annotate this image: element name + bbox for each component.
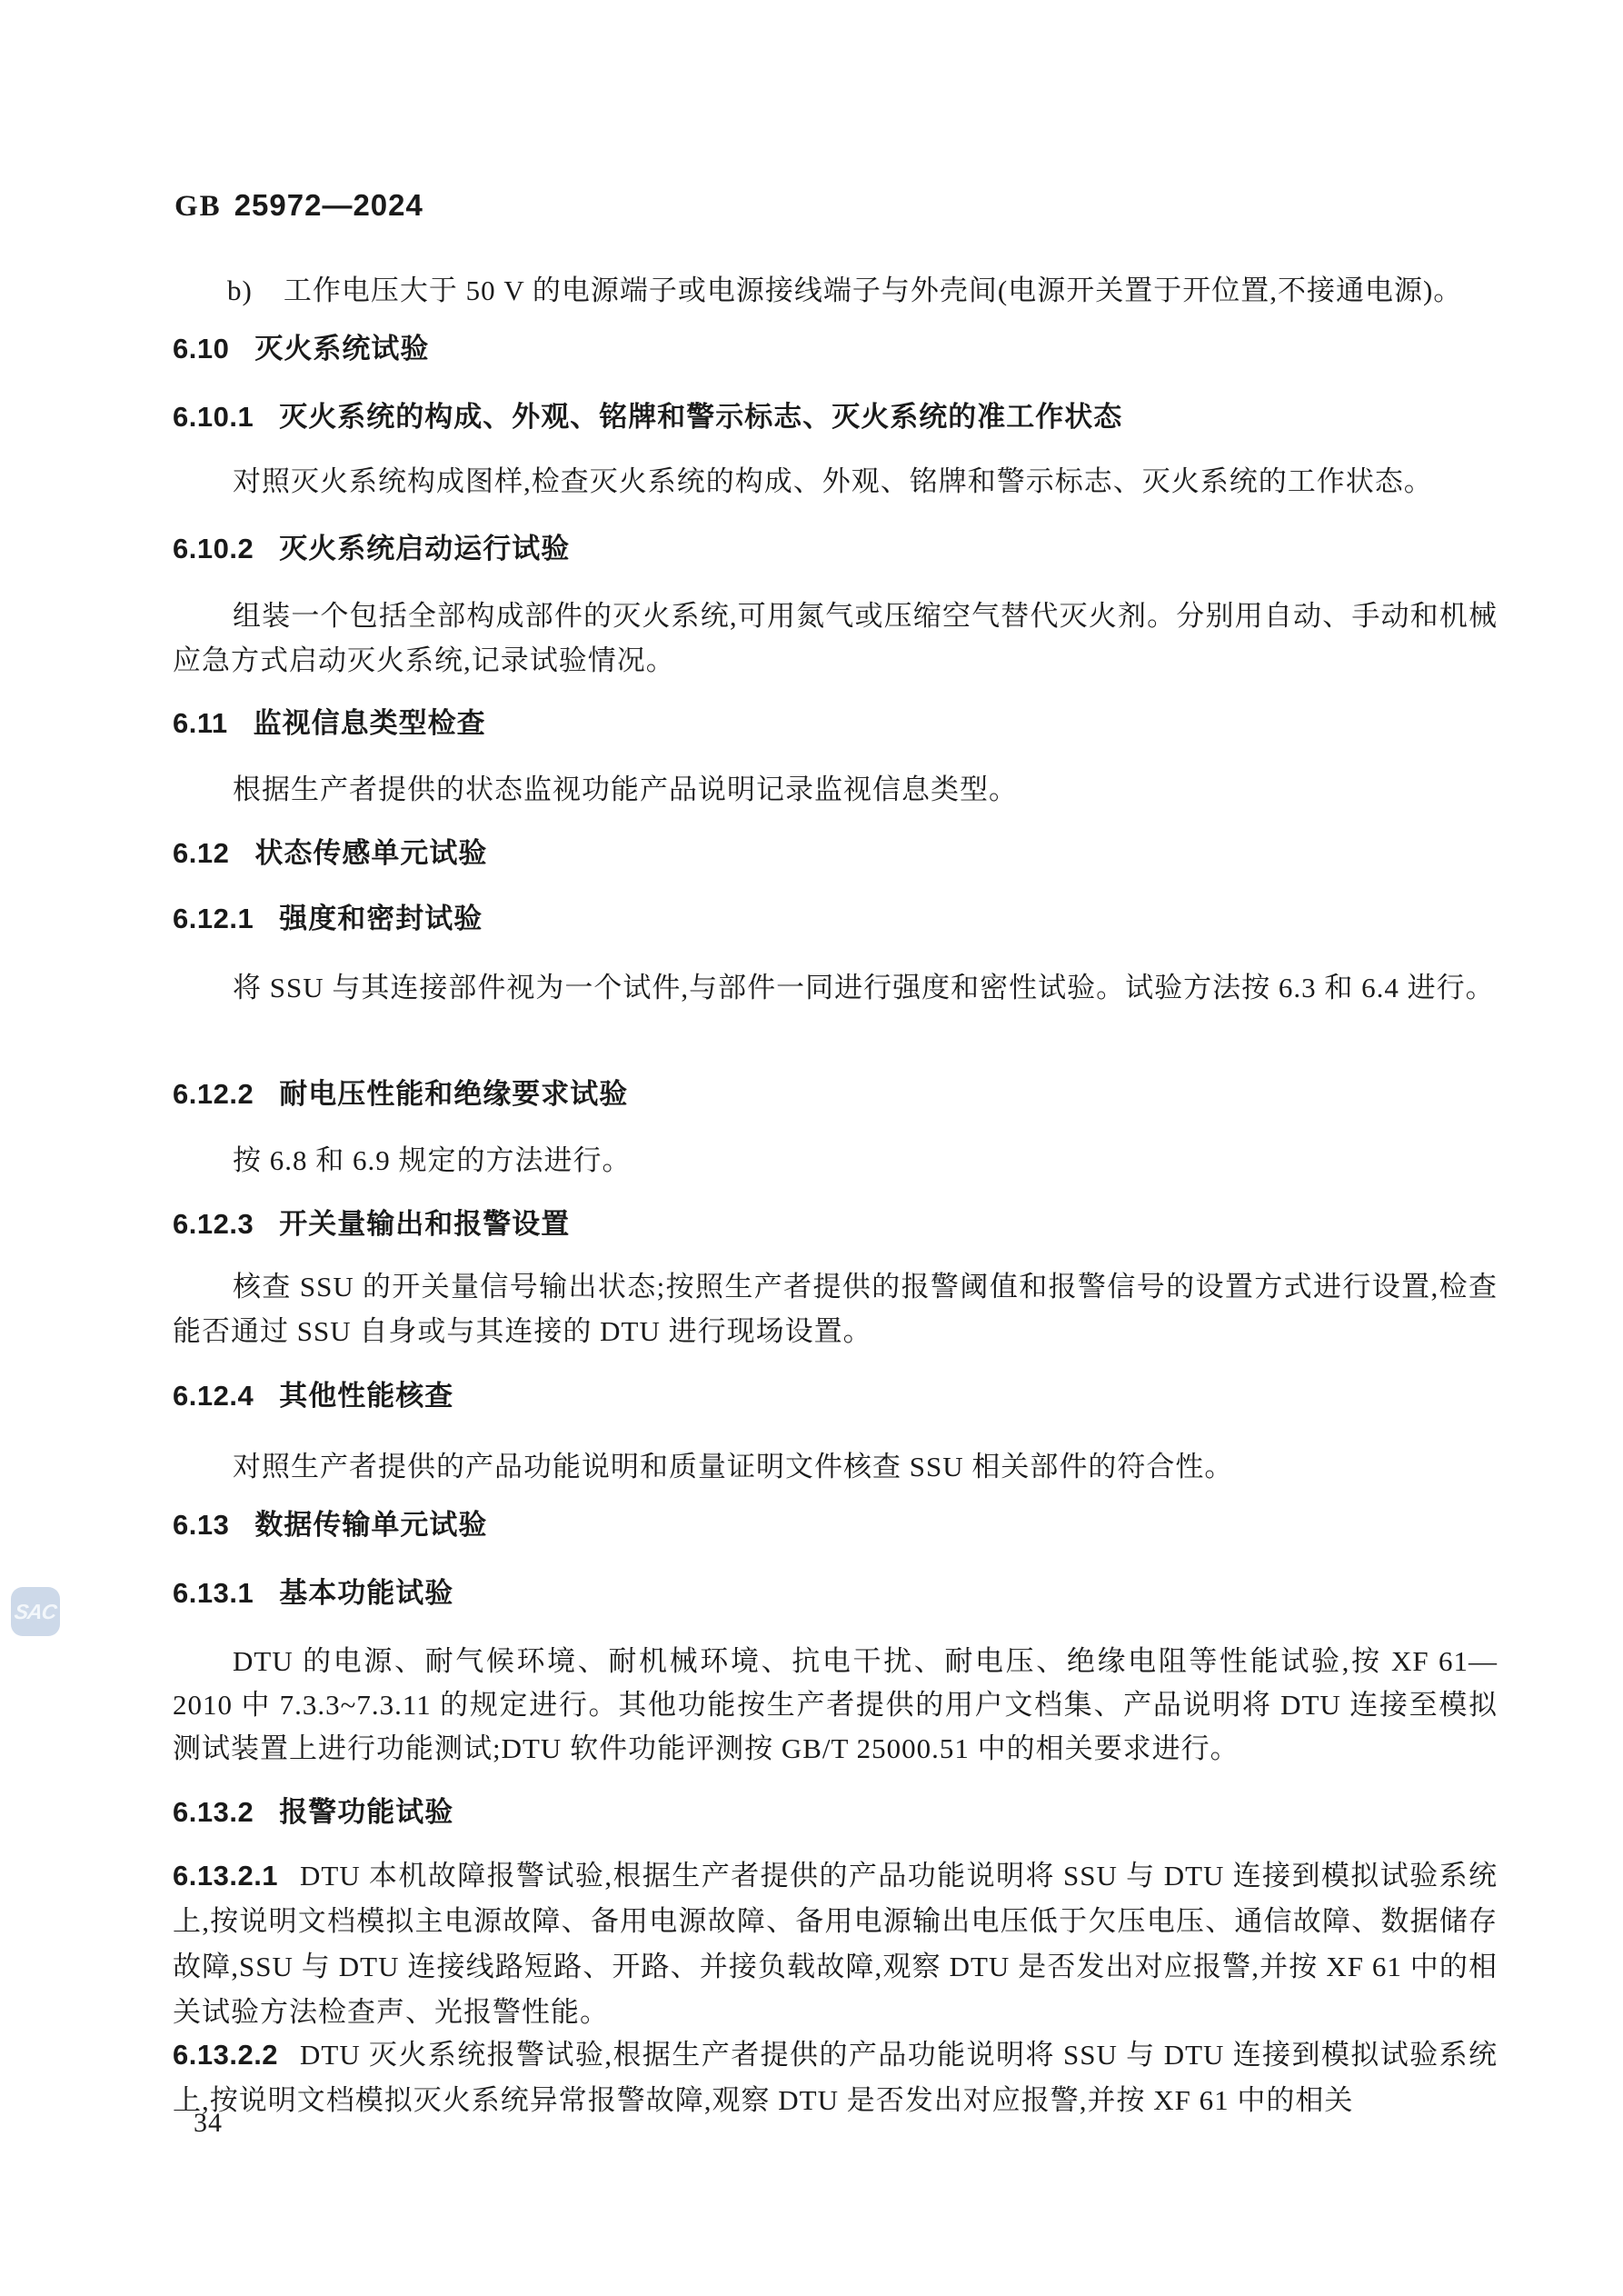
section-number: 6.12.3 (173, 1208, 254, 1240)
standard-edition-number: 25972—2024 (234, 188, 423, 222)
sac-watermark-logo: SAC (11, 1587, 60, 1636)
clause-number: 6.13.2.2 (173, 2039, 278, 2071)
document-page: GB25972—2024 b)工作电压大于 50 V 的电源端子或电源接线端子与… (0, 0, 1623, 2296)
section-heading-6-10-2: 6.10.2灭火系统启动运行试验 (173, 529, 1498, 569)
section-heading-6-10: 6.10灭火系统试验 (173, 329, 1498, 369)
clause-number: 6.13.2.1 (173, 1860, 278, 1892)
section-number: 6.12 (173, 837, 229, 869)
paragraph-6-11: 根据生产者提供的状态监视功能产品说明记录监视信息类型。 (173, 767, 1498, 813)
section-number: 6.13.2 (173, 1796, 254, 1828)
section-number: 6.10.1 (173, 401, 254, 433)
section-number: 6.10.2 (173, 533, 254, 564)
section-title: 状态传感单元试验 (254, 837, 487, 869)
section-title: 强度和密封试验 (279, 903, 483, 934)
clause-text: DTU 本机故障报警试验,根据生产者提供的产品功能说明将 SSU 与 DTU 连… (173, 1860, 1498, 2028)
section-heading-6-12-2: 6.12.2耐电压性能和绝缘要求试验 (173, 1074, 1498, 1114)
section-number: 6.11 (173, 707, 228, 739)
section-heading-6-13-1: 6.13.1基本功能试验 (173, 1573, 1498, 1613)
clause-text: DTU 灭火系统报警试验,根据生产者提供的产品功能说明将 SSU 与 DTU 连… (173, 2039, 1498, 2116)
section-title: 灭火系统启动运行试验 (279, 533, 570, 564)
section-number: 6.13.1 (173, 1577, 254, 1609)
paragraph-6-12-3: 核查 SSU 的开关量信号输出状态;按照生产者提供的报警阈值和报警信号的设置方式… (173, 1264, 1498, 1353)
section-title: 报警功能试验 (279, 1796, 453, 1828)
section-title: 耐电压性能和绝缘要求试验 (279, 1078, 628, 1110)
section-heading-6-13-2: 6.13.2报警功能试验 (173, 1792, 1498, 1832)
section-title: 监视信息类型检查 (254, 707, 486, 739)
list-item-text: 工作电压大于 50 V 的电源端子或电源接线端子与外壳间(电源开关置于开位置,不… (284, 275, 1462, 306)
section-heading-6-11: 6.11监视信息类型检查 (173, 704, 1498, 744)
section-title: 灭火系统的构成、外观、铭牌和警示标志、灭火系统的准工作状态 (279, 401, 1122, 433)
list-item-label: b) (227, 275, 253, 306)
section-number: 6.10 (173, 333, 229, 364)
section-title: 数据传输单元试验 (254, 1509, 487, 1541)
section-title: 基本功能试验 (279, 1577, 453, 1609)
standard-code: GB (174, 190, 222, 223)
standard-number-header: GB25972—2024 (174, 187, 423, 225)
list-item-b: b)工作电压大于 50 V 的电源端子或电源接线端子与外壳间(电源开关置于开位置… (173, 268, 1498, 314)
paragraph-6-12-1: 将 SSU 与其连接部件视为一个试件,与部件一同进行强度和密性试验。试验方法按 … (173, 965, 1498, 1010)
section-number: 6.13 (173, 1509, 229, 1541)
paragraph-6-10-2: 组装一个包括全部构成部件的灭火系统,可用氮气或压缩空气替代灭火剂。分别用自动、手… (173, 594, 1498, 683)
section-heading-6-12-3: 6.12.3开关量输出和报警设置 (173, 1204, 1498, 1244)
page-number: 34 (194, 2107, 223, 2140)
paragraph-6-12-4: 对照生产者提供的产品功能说明和质量证明文件核查 SSU 相关部件的符合性。 (173, 1444, 1498, 1490)
section-heading-6-12-1: 6.12.1强度和密封试验 (173, 899, 1498, 939)
paragraph-6-10-1: 对照灭火系统构成图样,检查灭火系统的构成、外观、铭牌和警示标志、灭火系统的工作状… (173, 459, 1498, 504)
paragraph-6-13-1: DTU 的电源、耐气候环境、耐机械环境、抗电干扰、耐电压、绝缘电阻等性能试验,按… (173, 1640, 1498, 1771)
paragraph-6-13-2-2: 6.13.2.2DTU 灭火系统报警试验,根据生产者提供的产品功能说明将 SSU… (173, 2032, 1498, 2123)
section-number: 6.12.4 (173, 1380, 254, 1412)
section-heading-6-12: 6.12状态传感单元试验 (173, 834, 1498, 873)
section-title: 其他性能核查 (279, 1380, 453, 1412)
paragraph-6-12-2: 按 6.8 和 6.9 规定的方法进行。 (173, 1138, 1498, 1183)
sac-watermark-text: SAC (13, 1600, 57, 1624)
section-number: 6.12.1 (173, 903, 254, 934)
section-number: 6.12.2 (173, 1078, 254, 1110)
section-title: 灭火系统试验 (254, 333, 429, 364)
paragraph-6-13-2-1: 6.13.2.1DTU 本机故障报警试验,根据生产者提供的产品功能说明将 SSU… (173, 1853, 1498, 2035)
section-title: 开关量输出和报警设置 (279, 1208, 570, 1240)
section-heading-6-10-1: 6.10.1灭火系统的构成、外观、铭牌和警示标志、灭火系统的准工作状态 (173, 397, 1498, 437)
section-heading-6-12-4: 6.12.4其他性能核查 (173, 1376, 1498, 1416)
section-heading-6-13: 6.13数据传输单元试验 (173, 1505, 1498, 1545)
